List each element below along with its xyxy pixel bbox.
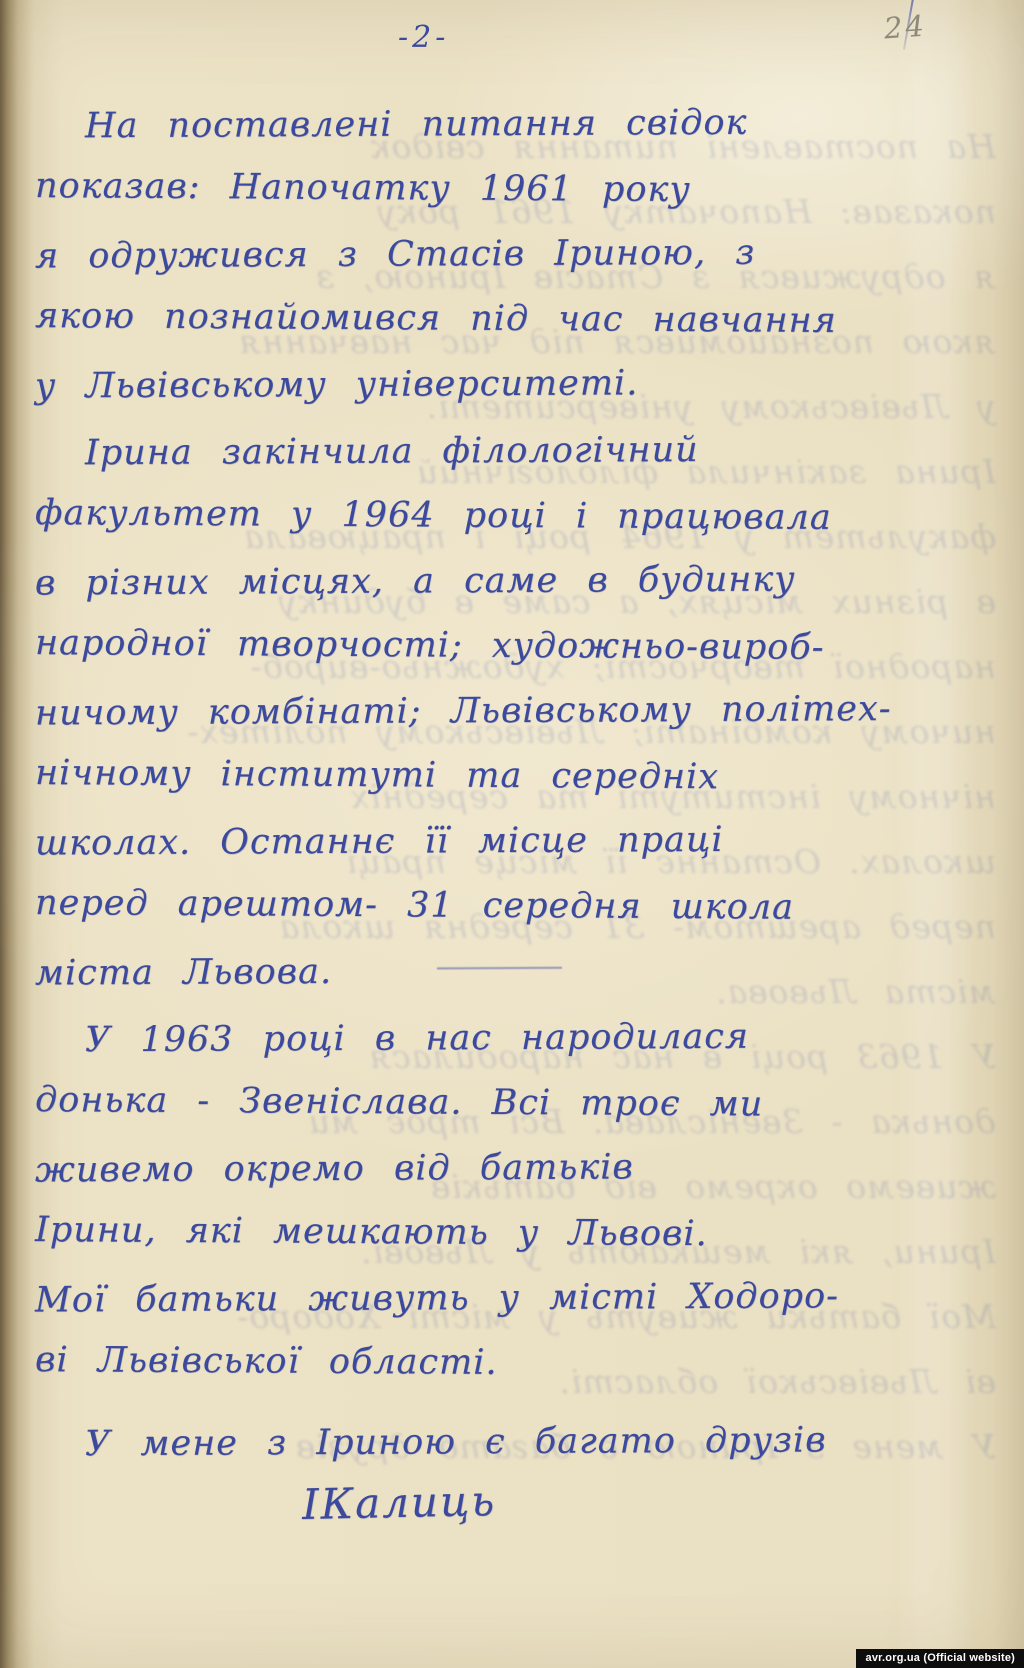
signature: ІКалиць	[302, 1476, 497, 1529]
paragraph: У мене з Іриною є багато друзів	[35, 1413, 998, 1478]
handwritten-line: Ірина закінчила філологічний	[35, 419, 998, 489]
handwritten-line: ничому комбінаті; Львівському політех-	[35, 679, 998, 749]
handwritten-line: міста Львова.	[35, 939, 998, 1009]
handwritten-line: в різних місцях, а саме в будинку	[35, 549, 998, 619]
scanned-document-page: На поставлені питання свідокпоказав: Нап…	[0, 0, 1024, 1668]
paragraph: На поставлені питання свідок показав: На…	[35, 95, 998, 420]
paragraph: У 1963 році в нас народилася донька - Зв…	[35, 1009, 998, 1399]
handwritten-line: нічному інституті та середніх	[35, 744, 998, 815]
handwritten-line: я одружився з Стасів Іриною, з	[35, 222, 998, 292]
handwritten-line: У 1963 році в нас народилася	[35, 1006, 998, 1076]
handwritten-text: На поставлені питання свідок показав: На…	[35, 95, 998, 1480]
handwritten-line: показав: Напочатку 1961 року	[35, 157, 998, 228]
handwritten-line: ві Львівської області.	[35, 1331, 998, 1402]
page-number: -2-	[398, 20, 449, 55]
handwritten-line: школах. Останнє її місце праці	[35, 809, 998, 879]
handwritten-line: перед арештом- 31 середня школа	[35, 874, 998, 945]
handwritten-line: На поставлені питання свідок	[35, 92, 998, 162]
handwritten-line: якою познайомився під час навчання	[35, 287, 998, 358]
archive-page-number: 24	[883, 9, 928, 46]
watermark-label: avr.org.ua (Official website)	[856, 1649, 1024, 1668]
handwritten-line: факультет у 1964 році і працювала	[35, 484, 998, 555]
handwritten-line-text: міста Львова.	[35, 952, 332, 994]
paragraph: Ірина закінчила філологічний факультет у…	[35, 422, 998, 1007]
end-flourish-dash	[437, 967, 562, 970]
handwritten-line: у Львівському університеті.	[35, 352, 998, 422]
handwritten-line: Мої батьки живуть у місті Ходоро-	[35, 1266, 998, 1336]
handwritten-line: живемо окремо від батьків	[35, 1136, 998, 1206]
handwritten-line: донька - Звеніслава. Всі троє ми	[35, 1071, 998, 1142]
handwritten-line: Ірини, які мешкають у Львові.	[35, 1201, 998, 1272]
handwritten-line: У мене з Іриною є багато друзів	[35, 1410, 998, 1480]
handwritten-line: народної творчості; художньо-вироб-	[35, 614, 998, 685]
